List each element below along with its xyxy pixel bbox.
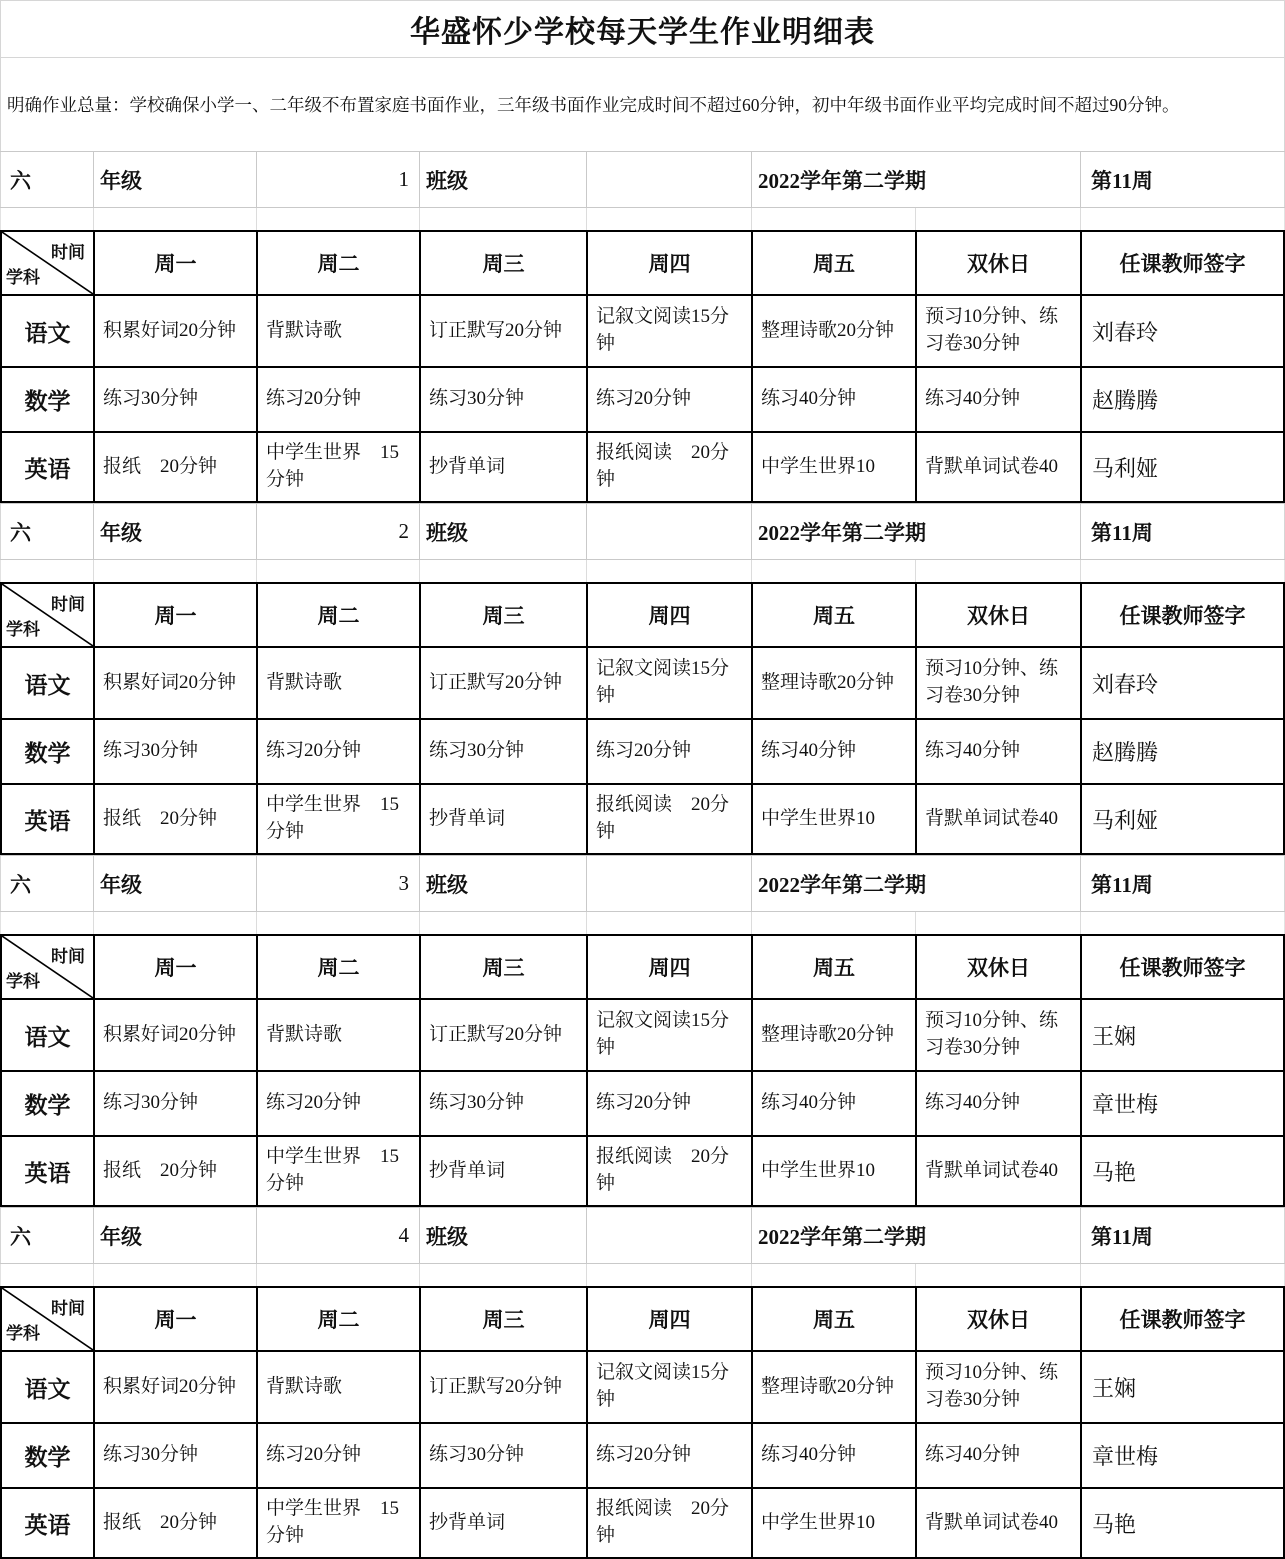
subject-row: 语文 积累好词20分钟背默诗歌订正默写20分钟记叙文阅读15分钟整理诗歌20分钟…: [2, 998, 1283, 1070]
homework-cell: 练习30分钟: [419, 1072, 586, 1135]
homework-cell: 练习40分钟: [915, 1072, 1080, 1135]
homework-cell: 订正默写20分钟: [419, 1352, 586, 1422]
homework-cell: 背默单词试卷40: [915, 1137, 1080, 1205]
homework-cell: 练习30分钟: [93, 1424, 256, 1487]
spacer-row: [0, 208, 1285, 230]
grade-row: 六 年级 1 班级 2022学年第二学期 第11周: [0, 151, 1285, 208]
subject-cell: 英语: [2, 1489, 93, 1557]
day-column-header: 双休日: [915, 232, 1080, 294]
homework-cell: 背默诗歌: [256, 1000, 419, 1070]
homework-cell: 报纸 20分钟: [93, 1489, 256, 1557]
empty-cell: [586, 152, 751, 207]
day-column-header: 周五: [751, 1288, 915, 1350]
day-column-header: 周三: [419, 584, 586, 646]
signature-column-header: 任课教师签字: [1080, 1288, 1283, 1350]
homework-cell: 订正默写20分钟: [419, 1000, 586, 1070]
homework-cell: 记叙文阅读15分钟: [586, 296, 751, 366]
note-row: 明确作业总量：学校确保小学一、二年级不布置家庭书面作业，三年级书面作业完成时间不…: [0, 58, 1285, 151]
homework-cell: 练习40分钟: [915, 368, 1080, 431]
class-block: 六 年级 1 班级 2022学年第二学期 第11周 时间 学科: [0, 151, 1285, 503]
homework-cell: 练习20分钟: [256, 720, 419, 783]
week-cell: 第11周: [1080, 504, 1285, 559]
subject-row: 数学 练习30分钟练习20分钟练习30分钟练习20分钟练习40分钟练习40分钟章…: [2, 1070, 1283, 1135]
subject-cell: 语文: [2, 1000, 93, 1070]
corner-cell: 时间 学科: [2, 936, 93, 998]
day-column-header: 双休日: [915, 584, 1080, 646]
homework-cell: 中学生世界10: [751, 785, 915, 853]
subject-row: 英语 报纸 20分钟中学生世界 15分钟抄背单词报纸阅读 20分钟中学生世界10…: [2, 783, 1283, 853]
grade-label-cell: 年级: [93, 152, 256, 207]
homework-cell: 背默单词试卷40: [915, 785, 1080, 853]
day-column-header: 周三: [419, 1288, 586, 1350]
grade-row: 六 年级 2 班级 2022学年第二学期 第11周: [0, 503, 1285, 560]
corner-subject-label: 学科: [6, 263, 40, 288]
homework-cell: 抄背单词: [419, 1489, 586, 1557]
page-title: 华盛怀少学校每天学生作业明细表: [410, 7, 875, 51]
homework-cell: 练习20分钟: [256, 1424, 419, 1487]
empty-cell: [586, 1208, 751, 1263]
subject-cell: 数学: [2, 1072, 93, 1135]
homework-cell: 练习20分钟: [586, 1072, 751, 1135]
homework-cell: 练习40分钟: [915, 1424, 1080, 1487]
homework-cell: 练习20分钟: [256, 368, 419, 431]
class-block: 六 年级 2 班级 2022学年第二学期 第11周 时间 学科: [0, 503, 1285, 855]
subject-cell: 语文: [2, 1352, 93, 1422]
subject-cell: 语文: [2, 296, 93, 366]
spacer-row: [0, 560, 1285, 582]
subject-row: 数学 练习30分钟练习20分钟练习30分钟练习20分钟练习40分钟练习40分钟赵…: [2, 366, 1283, 431]
homework-cell: 练习40分钟: [751, 720, 915, 783]
subject-cell: 数学: [2, 1424, 93, 1487]
day-column-header: 周三: [419, 936, 586, 998]
subject-cell: 数学: [2, 368, 93, 431]
teacher-cell: 刘春玲: [1080, 648, 1283, 718]
homework-cell: 练习40分钟: [751, 1424, 915, 1487]
class-number-cell: 1: [256, 152, 419, 207]
subject-cell: 英语: [2, 785, 93, 853]
homework-cell: 记叙文阅读15分钟: [586, 1000, 751, 1070]
signature-column-header: 任课教师签字: [1080, 584, 1283, 646]
homework-cell: 中学生世界10: [751, 1137, 915, 1205]
homework-cell: 中学生世界 15分钟: [256, 1489, 419, 1557]
homework-cell: 报纸阅读 20分钟: [586, 1137, 751, 1205]
day-column-header: 周一: [93, 936, 256, 998]
grade-label-cell: 年级: [93, 856, 256, 911]
subject-row: 英语 报纸 20分钟中学生世界 15分钟抄背单词报纸阅读 20分钟中学生世界10…: [2, 1135, 1283, 1205]
grade-row: 六 年级 4 班级 2022学年第二学期 第11周: [0, 1207, 1285, 1264]
homework-cell: 练习20分钟: [586, 1424, 751, 1487]
subject-cell: 语文: [2, 648, 93, 718]
homework-cell: 预习10分钟、练习卷30分钟: [915, 1000, 1080, 1070]
day-column-header: 周一: [93, 584, 256, 646]
homework-cell: 背默诗歌: [256, 296, 419, 366]
homework-cell: 订正默写20分钟: [419, 296, 586, 366]
spacer-row: [0, 912, 1285, 934]
subject-row: 语文 积累好词20分钟背默诗歌订正默写20分钟记叙文阅读15分钟整理诗歌20分钟…: [2, 646, 1283, 718]
homework-cell: 报纸 20分钟: [93, 785, 256, 853]
homework-cell: 积累好词20分钟: [93, 296, 256, 366]
corner-subject-label: 学科: [6, 967, 40, 992]
day-column-header: 周三: [419, 232, 586, 294]
subject-row: 语文 积累好词20分钟背默诗歌订正默写20分钟记叙文阅读15分钟整理诗歌20分钟…: [2, 294, 1283, 366]
homework-cell: 整理诗歌20分钟: [751, 296, 915, 366]
day-column-header: 周二: [256, 232, 419, 294]
homework-cell: 报纸阅读 20分钟: [586, 785, 751, 853]
signature-column-header: 任课教师签字: [1080, 936, 1283, 998]
day-column-header: 周一: [93, 1288, 256, 1350]
table-header-row: 时间 学科 周一周二周三周四周五双休日任课教师签字: [2, 584, 1283, 646]
subject-row: 语文 积累好词20分钟背默诗歌订正默写20分钟记叙文阅读15分钟整理诗歌20分钟…: [2, 1350, 1283, 1422]
day-column-header: 周四: [586, 1288, 751, 1350]
homework-table: 时间 学科 周一周二周三周四周五双休日任课教师签字 语文 积累好词20分钟背默诗…: [0, 1286, 1285, 1559]
teacher-cell: 马利娅: [1080, 785, 1283, 853]
table-header-row: 时间 学科 周一周二周三周四周五双休日任课教师签字: [2, 936, 1283, 998]
corner-time-label: 时间: [51, 238, 85, 263]
grade-value-cell: 六: [0, 504, 93, 559]
homework-cell: 报纸 20分钟: [93, 433, 256, 501]
homework-cell: 练习30分钟: [93, 368, 256, 431]
subject-cell: 英语: [2, 433, 93, 501]
homework-cell: 预习10分钟、练习卷30分钟: [915, 648, 1080, 718]
homework-cell: 中学生世界10: [751, 433, 915, 501]
grade-label-cell: 年级: [93, 1208, 256, 1263]
corner-subject-label: 学科: [6, 615, 40, 640]
homework-cell: 报纸阅读 20分钟: [586, 433, 751, 501]
homework-cell: 练习30分钟: [419, 368, 586, 431]
homework-cell: 积累好词20分钟: [93, 1352, 256, 1422]
day-column-header: 周四: [586, 936, 751, 998]
homework-cell: 整理诗歌20分钟: [751, 648, 915, 718]
homework-cell: 背默单词试卷40: [915, 433, 1080, 501]
teacher-cell: 马艳: [1080, 1137, 1283, 1205]
corner-time-label: 时间: [51, 1294, 85, 1319]
homework-cell: 积累好词20分钟: [93, 1000, 256, 1070]
corner-cell: 时间 学科: [2, 1288, 93, 1350]
teacher-cell: 章世梅: [1080, 1424, 1283, 1487]
day-column-header: 周五: [751, 584, 915, 646]
homework-cell: 积累好词20分钟: [93, 648, 256, 718]
homework-cell: 中学生世界 15分钟: [256, 785, 419, 853]
homework-cell: 抄背单词: [419, 785, 586, 853]
homework-cell: 练习20分钟: [256, 1072, 419, 1135]
day-column-header: 双休日: [915, 936, 1080, 998]
teacher-cell: 刘春玲: [1080, 296, 1283, 366]
week-cell: 第11周: [1080, 152, 1285, 207]
teacher-cell: 章世梅: [1080, 1072, 1283, 1135]
blocks-container: 六 年级 1 班级 2022学年第二学期 第11周 时间 学科: [0, 151, 1285, 1559]
semester-cell: 2022学年第二学期: [751, 152, 1080, 207]
homework-cell: 背默诗歌: [256, 1352, 419, 1422]
homework-cell: 整理诗歌20分钟: [751, 1000, 915, 1070]
homework-cell: 中学生世界 15分钟: [256, 433, 419, 501]
homework-cell: 中学生世界 15分钟: [256, 1137, 419, 1205]
homework-cell: 练习30分钟: [419, 1424, 586, 1487]
homework-cell: 背默诗歌: [256, 648, 419, 718]
spacer-row: [0, 1264, 1285, 1286]
class-label-cell: 班级: [419, 856, 586, 911]
day-column-header: 周四: [586, 584, 751, 646]
homework-cell: 抄背单词: [419, 433, 586, 501]
day-column-header: 周四: [586, 232, 751, 294]
homework-cell: 背默单词试卷40: [915, 1489, 1080, 1557]
class-number-cell: 2: [256, 504, 419, 559]
grade-label-cell: 年级: [93, 504, 256, 559]
day-column-header: 周五: [751, 936, 915, 998]
homework-cell: 预习10分钟、练习卷30分钟: [915, 1352, 1080, 1422]
corner-time-label: 时间: [51, 590, 85, 615]
note-text: 明确作业总量：学校确保小学一、二年级不布置家庭书面作业，三年级书面作业完成时间不…: [7, 92, 1180, 117]
grade-row: 六 年级 3 班级 2022学年第二学期 第11周: [0, 855, 1285, 912]
homework-cell: 练习20分钟: [586, 368, 751, 431]
teacher-cell: 王娴: [1080, 1000, 1283, 1070]
homework-cell: 练习40分钟: [751, 368, 915, 431]
empty-cell: [586, 504, 751, 559]
teacher-cell: 王娴: [1080, 1352, 1283, 1422]
grade-value-cell: 六: [0, 152, 93, 207]
worksheet: 华盛怀少学校每天学生作业明细表 明确作业总量：学校确保小学一、二年级不布置家庭书…: [0, 0, 1285, 1559]
class-number-cell: 4: [256, 1208, 419, 1263]
homework-cell: 记叙文阅读15分钟: [586, 1352, 751, 1422]
class-block: 六 年级 3 班级 2022学年第二学期 第11周 时间 学科: [0, 855, 1285, 1207]
homework-cell: 中学生世界10: [751, 1489, 915, 1557]
homework-cell: 订正默写20分钟: [419, 648, 586, 718]
class-block: 六 年级 4 班级 2022学年第二学期 第11周 时间 学科: [0, 1207, 1285, 1559]
day-column-header: 双休日: [915, 1288, 1080, 1350]
subject-row: 英语 报纸 20分钟中学生世界 15分钟抄背单词报纸阅读 20分钟中学生世界10…: [2, 431, 1283, 501]
homework-cell: 整理诗歌20分钟: [751, 1352, 915, 1422]
subject-row: 英语 报纸 20分钟中学生世界 15分钟抄背单词报纸阅读 20分钟中学生世界10…: [2, 1487, 1283, 1557]
subject-row: 数学 练习30分钟练习20分钟练习30分钟练习20分钟练习40分钟练习40分钟赵…: [2, 718, 1283, 783]
homework-cell: 记叙文阅读15分钟: [586, 648, 751, 718]
class-label-cell: 班级: [419, 504, 586, 559]
homework-table: 时间 学科 周一周二周三周四周五双休日任课教师签字 语文 积累好词20分钟背默诗…: [0, 230, 1285, 503]
homework-table: 时间 学科 周一周二周三周四周五双休日任课教师签字 语文 积累好词20分钟背默诗…: [0, 582, 1285, 855]
title-row: 华盛怀少学校每天学生作业明细表: [0, 0, 1285, 58]
homework-cell: 报纸 20分钟: [93, 1137, 256, 1205]
subject-cell: 数学: [2, 720, 93, 783]
week-cell: 第11周: [1080, 856, 1285, 911]
semester-cell: 2022学年第二学期: [751, 856, 1080, 911]
homework-cell: 练习30分钟: [93, 720, 256, 783]
subject-cell: 英语: [2, 1137, 93, 1205]
homework-table: 时间 学科 周一周二周三周四周五双休日任课教师签字 语文 积累好词20分钟背默诗…: [0, 934, 1285, 1207]
homework-cell: 练习40分钟: [915, 720, 1080, 783]
class-label-cell: 班级: [419, 152, 586, 207]
signature-column-header: 任课教师签字: [1080, 232, 1283, 294]
teacher-cell: 赵腾腾: [1080, 720, 1283, 783]
homework-cell: 练习30分钟: [93, 1072, 256, 1135]
day-column-header: 周二: [256, 584, 419, 646]
homework-cell: 练习30分钟: [419, 720, 586, 783]
corner-cell: 时间 学科: [2, 232, 93, 294]
teacher-cell: 赵腾腾: [1080, 368, 1283, 431]
day-column-header: 周二: [256, 1288, 419, 1350]
day-column-header: 周二: [256, 936, 419, 998]
teacher-cell: 马利娅: [1080, 433, 1283, 501]
table-header-row: 时间 学科 周一周二周三周四周五双休日任课教师签字: [2, 1288, 1283, 1350]
grade-value-cell: 六: [0, 1208, 93, 1263]
homework-cell: 练习20分钟: [586, 720, 751, 783]
day-column-header: 周五: [751, 232, 915, 294]
class-number-cell: 3: [256, 856, 419, 911]
semester-cell: 2022学年第二学期: [751, 1208, 1080, 1263]
week-cell: 第11周: [1080, 1208, 1285, 1263]
grade-value-cell: 六: [0, 856, 93, 911]
corner-time-label: 时间: [51, 942, 85, 967]
homework-cell: 预习10分钟、练习卷30分钟: [915, 296, 1080, 366]
homework-cell: 抄背单词: [419, 1137, 586, 1205]
subject-row: 数学 练习30分钟练习20分钟练习30分钟练习20分钟练习40分钟练习40分钟章…: [2, 1422, 1283, 1487]
table-header-row: 时间 学科 周一周二周三周四周五双休日任课教师签字: [2, 232, 1283, 294]
empty-cell: [586, 856, 751, 911]
corner-subject-label: 学科: [6, 1319, 40, 1344]
class-label-cell: 班级: [419, 1208, 586, 1263]
corner-cell: 时间 学科: [2, 584, 93, 646]
homework-cell: 报纸阅读 20分钟: [586, 1489, 751, 1557]
teacher-cell: 马艳: [1080, 1489, 1283, 1557]
semester-cell: 2022学年第二学期: [751, 504, 1080, 559]
day-column-header: 周一: [93, 232, 256, 294]
homework-cell: 练习40分钟: [751, 1072, 915, 1135]
